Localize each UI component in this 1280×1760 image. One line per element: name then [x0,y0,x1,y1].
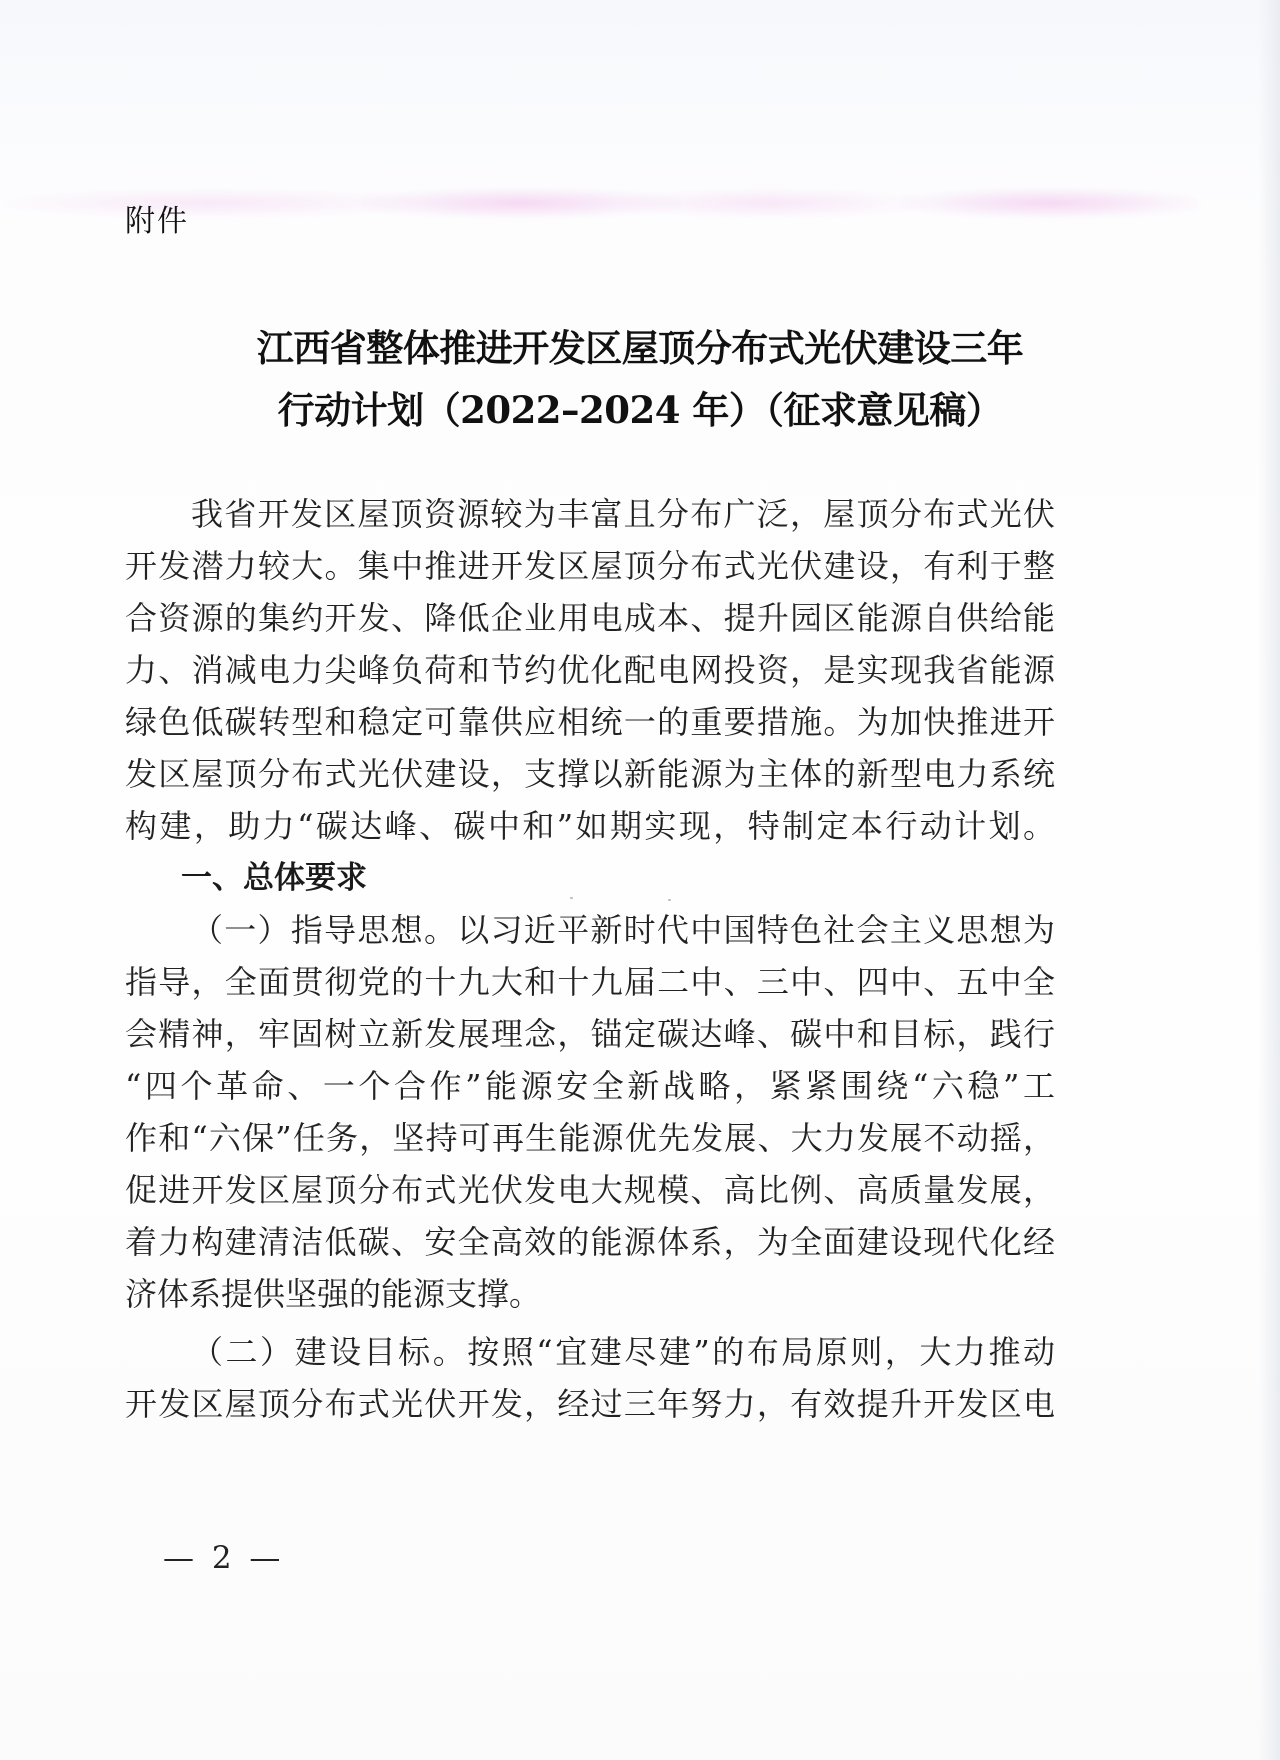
subsection-guiding-ideology: （一）指导思想。以习近平新时代中国特色社会主义思想为 指导，全面贯彻党的十九大和… [125,904,1055,1320]
intro-paragraph: 我省开发区屋顶资源较为丰富且分布广泛，屋顶分布式光伏 开发潜力较大。集中推进开发… [125,488,1055,852]
section-heading-general-requirements: 一、总体要求 [125,852,1055,904]
paragraph-line: 开发潜力较大。集中推进开发区屋顶分布式光伏建设，有利于整 [125,540,1055,592]
paragraph-line: （一）指导思想。以习近平新时代中国特色社会主义思想为 [125,904,1055,956]
paragraph-line: 绿色低碳转型和稳定可靠供应相统一的重要措施。为加快推进开 [125,696,1055,748]
attachment-label: 附件 [125,196,189,240]
scan-smudge [0,188,420,218]
scan-smudge [900,188,1200,218]
document-title-line-2: 行动计划（2022–2024 年）（征求意见稿） [0,380,1280,434]
scan-speck [128,820,131,822]
paragraph-line: 我省开发区屋顶资源较为丰富且分布广泛，屋顶分布式光伏 [125,488,1055,540]
paragraph-line: 会精神，牢固树立新发展理念，锚定碳达峰、碳中和目标，践行 [125,1008,1055,1060]
paragraph-line: 着力构建清洁低碳、安全高效的能源体系，为全面建设现代化经 [125,1216,1055,1268]
document-body: 我省开发区屋顶资源较为丰富且分布广泛，屋顶分布式光伏 开发潜力较大。集中推进开发… [125,488,1055,1430]
paragraph-line: 促进开发区屋顶分布式光伏发电大规模、高比例、高质量发展， [125,1164,1055,1216]
paragraph-line: “四个革命、一个合作”能源安全新战略，紧紧围绕“六稳”工 [125,1060,1055,1112]
scan-speck [668,899,671,901]
scanned-page: 附件 江西省整体推进开发区屋顶分布式光伏建设三年 行动计划（2022–2024 … [0,0,1280,1760]
document-title-line-1: 江西省整体推进开发区屋顶分布式光伏建设三年 [0,318,1280,372]
paragraph-line: （二）建设目标。按照“宜建尽建”的布局原则，大力推动 [125,1326,1055,1378]
paragraph-line: 济体系提供坚强的能源支撑。 [125,1268,1055,1320]
paragraph-line: 指导，全面贯彻党的十九大和十九届二中、三中、四中、五中全 [125,956,1055,1008]
paragraph-line: 发区屋顶分布式光伏建设，支撑以新能源为主体的新型电力系统 [125,748,1055,800]
page-edge-shadow [1258,0,1280,1760]
paragraph-line: 构建，助力“碳达峰、碳中和”如期实现，特制定本行动计划。 [125,800,1055,852]
paragraph-line: 开发区屋顶分布式光伏开发，经过三年努力，有效提升开发区电 [125,1378,1055,1430]
scan-smudge [620,188,920,218]
paragraph-line: 作和“六保”任务，坚持可再生能源优先发展、大力发展不动摇， [125,1112,1055,1164]
paragraph-line: 合资源的集约开发、降低企业用电成本、提升园区能源自供给能 [125,592,1055,644]
paragraph-line: 力、消减电力尖峰负荷和节约优化配电网投资，是实现我省能源 [125,644,1055,696]
scan-speck [570,897,573,899]
subsection-construction-goals: （二）建设目标。按照“宜建尽建”的布局原则，大力推动 开发区屋顶分布式光伏开发，… [125,1326,1055,1430]
page-number: — 2 — [163,1540,284,1576]
